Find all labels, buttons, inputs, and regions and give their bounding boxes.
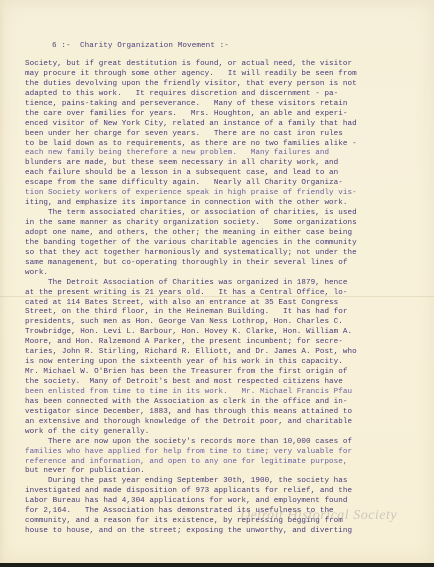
text-line: Mr. Michael W. O'Brien has been the Trea… xyxy=(25,368,405,378)
text-line: at the present writing is 21 years old. … xyxy=(25,289,405,299)
text-line: is now entering upon the sixteenth year … xyxy=(25,358,405,368)
text-line: enced visitor of New York City, related … xyxy=(25,120,405,130)
text-line: each failure should be a lesson in a sub… xyxy=(25,169,405,179)
text-line: There are now upon the society's records… xyxy=(25,438,405,448)
watermark: Detroit Historical Society xyxy=(240,508,397,524)
text-line: families who have applied for help from … xyxy=(25,448,405,458)
text-line: house to house, and on the street; expos… xyxy=(25,527,405,537)
text-line: The term associated charities, or associ… xyxy=(25,209,405,219)
text-line: the duties devolving upon the friendly v… xyxy=(25,80,405,90)
text-line: The Detroit Association of Charities was… xyxy=(25,279,405,289)
text-line: but never for publication. xyxy=(25,467,405,477)
text-line: tience, pains-taking and perseverance. M… xyxy=(25,100,405,110)
text-line: may procure it through some other agency… xyxy=(25,70,405,80)
document-page: 6 :- Charity Organization Movement :- So… xyxy=(0,0,434,563)
text-line: has been connected with the Association … xyxy=(25,398,405,408)
text-line: presidents, such men as Hon. George Van … xyxy=(25,318,405,328)
text-line: the banding together of the various char… xyxy=(25,239,405,249)
text-line: Moore, and Hon. Ralzemond A Parker, the … xyxy=(25,338,405,348)
text-line: the society. Many of Detroit's best and … xyxy=(25,378,405,388)
text-line: reference and information, and open to a… xyxy=(25,458,405,468)
text-line: been enlisted from time to time in its w… xyxy=(25,388,405,398)
text-line: each new family being therefore a new pr… xyxy=(25,149,405,159)
page-header: 6 :- Charity Organization Movement :- xyxy=(52,42,229,50)
text-line: investigated and made disposition of 973… xyxy=(25,487,405,497)
typewritten-body: Society, but if great destitution is fou… xyxy=(25,60,405,551)
text-line: work of the city generally. xyxy=(25,428,405,438)
text-line xyxy=(25,541,405,551)
text-line: blunders are made, but these seem necess… xyxy=(25,159,405,169)
text-line: work. xyxy=(25,269,405,279)
text-line: to be laid down as to requirements, as t… xyxy=(25,140,405,150)
text-line: Trowbridge, Hon. Levi L. Barbour, Hon. H… xyxy=(25,328,405,338)
text-line: an extensive and thorough knowledge of t… xyxy=(25,418,405,428)
scan-bottom-edge xyxy=(0,563,434,567)
text-line: so that they act together harmoniously a… xyxy=(25,249,405,259)
text-line: cated at 114 Bates Street, with also an … xyxy=(25,299,405,309)
text-line: vestigator since December, 1883, and has… xyxy=(25,408,405,418)
text-line: in the same manner as charity organizati… xyxy=(25,219,405,229)
text-line: adapted to this work. It requires discre… xyxy=(25,90,405,100)
text-line: Street, on the third floor, in the Heine… xyxy=(25,308,405,318)
text-line: During the past year ending September 30… xyxy=(25,477,405,487)
text-line: adopt one name, and others, the other; t… xyxy=(25,229,405,239)
text-line: Labor Bureau has had 4,304 applications … xyxy=(25,497,405,507)
text-line: tion Society workers of experience speak… xyxy=(25,189,405,199)
text-line: iting, and emphasize its importance in c… xyxy=(25,199,405,209)
text-line: taries, John R. Stirling, Richard R. Ell… xyxy=(25,348,405,358)
text-line: the care over families for years. Mrs. H… xyxy=(25,110,405,120)
text-line: escape from the same difficulty again. N… xyxy=(25,179,405,189)
text-line: Society, but if great destitution is fou… xyxy=(25,60,405,70)
text-line: been under her charge for seven years. T… xyxy=(25,130,405,140)
text-line: same management, but co-operating thorou… xyxy=(25,259,405,269)
